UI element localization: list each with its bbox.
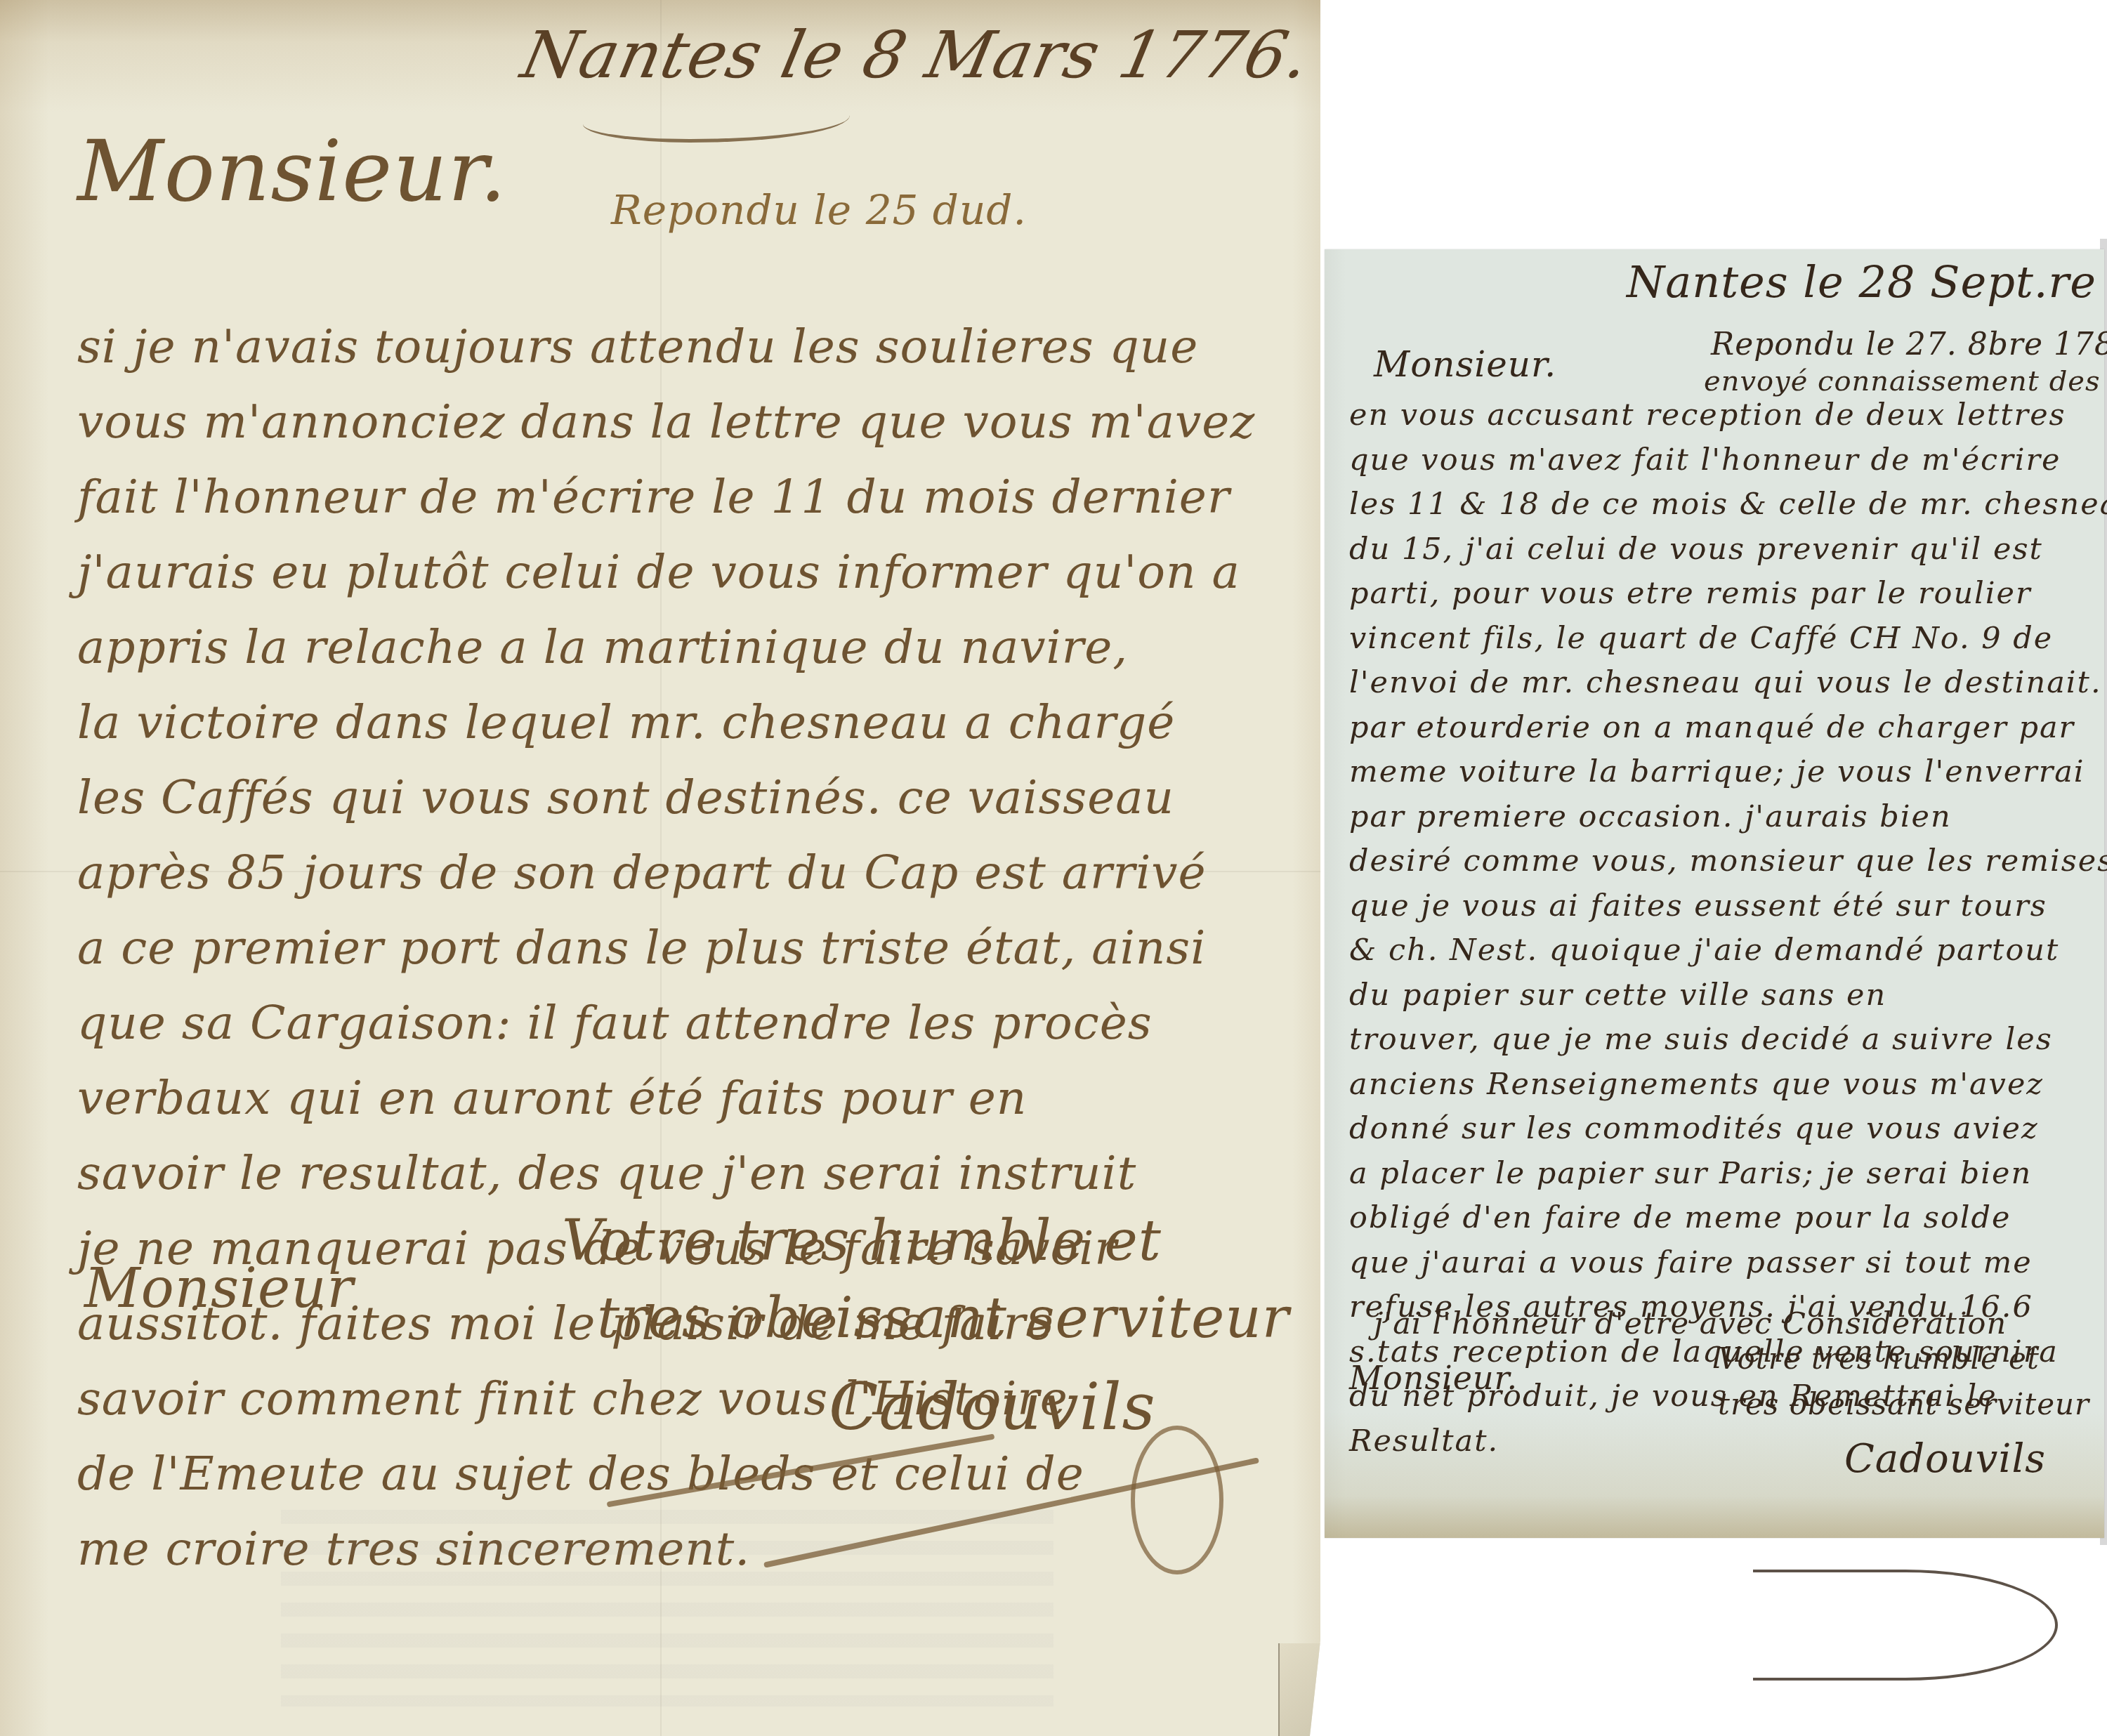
body-line: du 15, j'ai celui de vous prevenir qu'il… — [1349, 527, 2094, 572]
body-line: vous m'annonciez dans la lettre que vous… — [77, 384, 1285, 459]
signature-name: Cadouvils — [1844, 1436, 2046, 1482]
body-line: savoir le resultat, des que j'en serai i… — [77, 1136, 1285, 1211]
body-line: anciens Renseignements que vous m'avez — [1349, 1063, 2094, 1107]
body-line: trouver, que je me suis decidé a suivre … — [1349, 1018, 2094, 1063]
body-line: a placer le papier sur Paris; je serai b… — [1349, 1152, 2094, 1197]
body-line: a ce premier port dans le plus triste ét… — [77, 910, 1285, 985]
signature-flourish — [1131, 1426, 1223, 1574]
body-line: appris la relache a la martinique du nav… — [77, 610, 1285, 685]
body-line: & ch. Nest. quoique j'aie demandé partou… — [1349, 928, 2094, 973]
body-line: par etourderie on a manqué de charger pa… — [1349, 706, 2094, 751]
closing-line: j'ai l'honneur d'etre avec Consideration — [1374, 1306, 2007, 1341]
folded-corner — [1278, 1643, 1322, 1736]
bleed-through-text — [281, 1510, 1053, 1707]
letter-1776: Nantes le 8 Mars 1776. Monsieur. Repondu… — [0, 0, 1320, 1736]
body-line: meme voiture la barrique; je vous l'enve… — [1349, 750, 2094, 795]
body-line: les Caffés qui vous sont destinés. ce va… — [77, 760, 1285, 835]
body-line: que j'aurai a vous faire passer si tout … — [1349, 1241, 2094, 1286]
body-line: vincent fils, le quart de Caffé CH No. 9… — [1349, 617, 2094, 662]
body-line: parti, pour vous etre remis par le rouli… — [1349, 572, 2094, 617]
body-line: les 11 & 18 de ce mois & celle de mr. ch… — [1349, 482, 2094, 527]
body-line: si je n'avais toujours attendu les souli… — [77, 309, 1285, 384]
body-line: j'aurais eu plutôt celui de vous informe… — [77, 534, 1285, 610]
date-flourish — [583, 97, 850, 143]
body-line: donné sur les commodités que vous aviez — [1349, 1107, 2094, 1152]
closing-salutation: Monsieur. — [1349, 1359, 1518, 1397]
body-line: fait l'honneur de m'écrire le 11 du mois… — [77, 459, 1285, 534]
closing-salutation: Monsieur — [84, 1257, 354, 1320]
signature-line: tres obeissant serviteur — [1718, 1387, 2089, 1421]
signature-line: tres obeissant serviteur — [597, 1285, 1289, 1350]
body-line: que je vous ai faites eussent été sur to… — [1349, 884, 2094, 929]
body-line: en vous accusant reception de deux lettr… — [1349, 393, 2094, 438]
body-line: par premiere occasion. j'aurais bien — [1349, 795, 2094, 840]
body-line: desiré comme vous, monsieur que les remi… — [1349, 839, 2094, 884]
signature-line: Votre tres humble et — [562, 1208, 1162, 1273]
signature-name: Cadouvils — [829, 1369, 1156, 1445]
body-line: la victoire dans lequel mr. chesneau a c… — [77, 685, 1285, 760]
signature-line: Votre tres humble et — [1718, 1341, 2040, 1376]
body-line: que vous m'avez fait l'honneur de m'écri… — [1349, 438, 2094, 483]
body-line: l'envoi de mr. chesneau qui vous le dest… — [1349, 661, 2094, 706]
body-line: du papier sur cette ville sans en — [1349, 973, 2094, 1018]
dateline: Nantes le 28 Sept.re 1786. — [1627, 256, 2107, 308]
letter-body: en vous accusant reception de deux lettr… — [1349, 393, 2094, 1464]
body-line: après 85 jours de son depart du Cap est … — [77, 835, 1285, 910]
salutation: Monsieur. — [77, 123, 507, 221]
dateline: Nantes le 8 Mars 1776. — [516, 18, 1317, 93]
body-line: verbaux qui en auront été faits pour en — [77, 1060, 1285, 1136]
reply-annotation: Repondu le 27. 8bre 1786 — [1711, 327, 2107, 362]
salutation: Monsieur. — [1374, 344, 1556, 385]
reply-annotation: Repondu le 25 dud. — [611, 186, 1027, 234]
body-line: obligé d'en faire de meme pour la solde — [1349, 1196, 2094, 1241]
body-line: de l'Emeute au sujet des bleds et celui … — [77, 1436, 1285, 1511]
body-line: que sa Cargaison: il faut attendre les p… — [77, 985, 1285, 1060]
signature-flourish — [1753, 1570, 2058, 1681]
letter-1786: Nantes le 28 Sept.re 1786. Monsieur. Rep… — [1325, 249, 2104, 1538]
